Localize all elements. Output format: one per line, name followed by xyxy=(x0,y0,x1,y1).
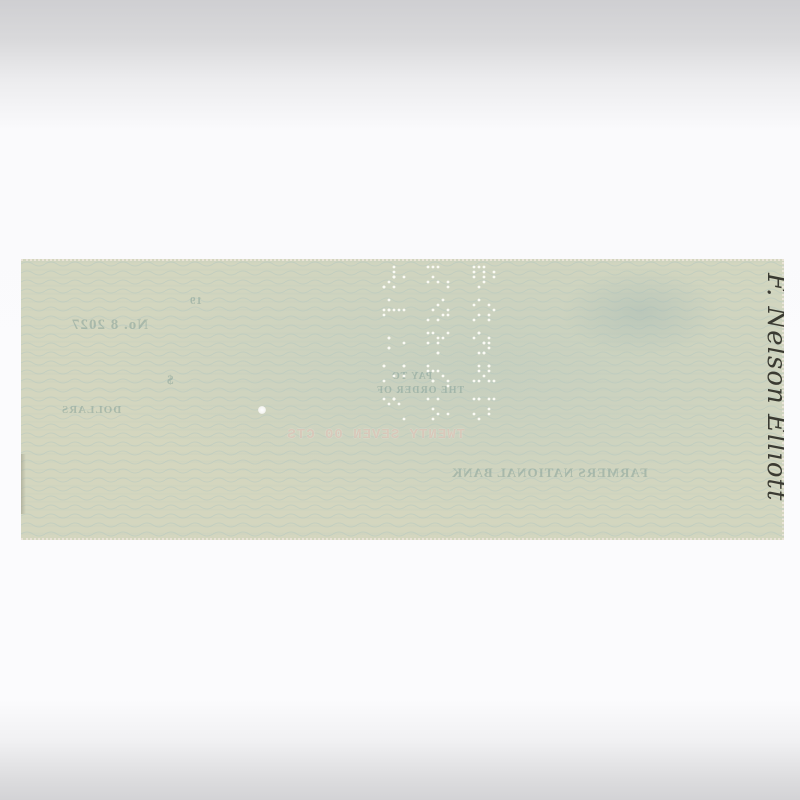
ghost-year-prefix: 19 xyxy=(189,295,202,307)
paid-perforation-stamp: PAID SEP 21 1928 xyxy=(376,259,506,434)
bank-seal-show-through xyxy=(561,267,721,357)
ghost-bank-name: FARMERS NATIONAL BANK xyxy=(451,465,648,481)
ghost-check-number: No. 8 2027 xyxy=(71,317,148,334)
endorsement-signature: F. Nelson Elliott xyxy=(751,273,784,533)
protectograph-amount: TWENTY SEVEN 00 CTS xyxy=(265,427,465,443)
ghost-dollars-label: DOLLARS xyxy=(61,404,121,416)
paper-tear xyxy=(21,454,26,514)
ghost-dollar-sign: $ xyxy=(166,372,174,388)
punch-hole xyxy=(258,406,266,414)
check-reverse: 19 No. 8 2027 $ DOLLARS PAY TO THE ORDER… xyxy=(21,259,784,540)
